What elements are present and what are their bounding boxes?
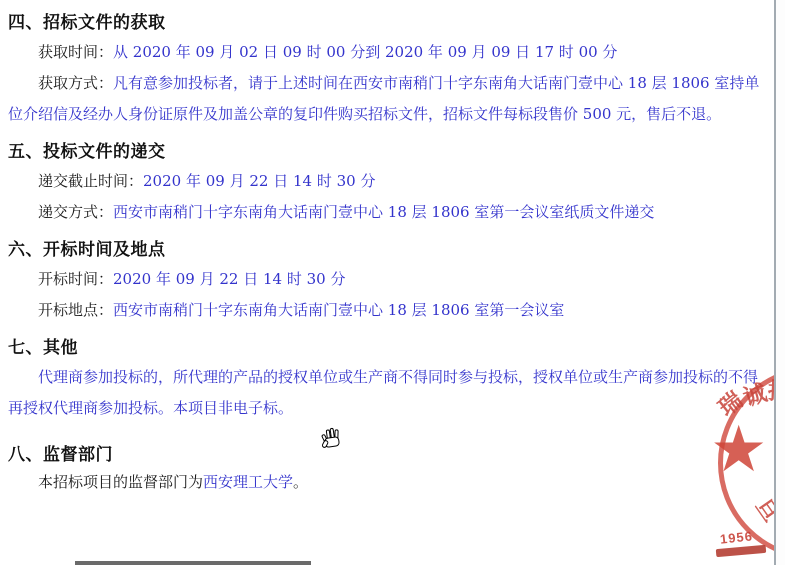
field-label: 递交方式： xyxy=(38,203,113,221)
field-value: 西安市南稍门十字东南角大话南门壹中心 18 层 1806 室第一会议室 xyxy=(113,301,564,319)
field-label: 获取时间： xyxy=(38,43,113,61)
seal-smudge xyxy=(716,545,767,557)
section-heading-5: 五、投标文件的递交 xyxy=(8,137,767,162)
page-edge-line xyxy=(774,0,776,565)
section-heading-4: 四、招标文件的获取 xyxy=(8,8,767,33)
seal-year: 1956 xyxy=(719,528,753,546)
supervisor-paragraph: 本招标项目的监督部门为西安理工大学。 xyxy=(8,467,767,498)
field-value: 西安市南稍门十字东南角大话南门壹中心 18 层 1806 室第一会议室纸质文件递… xyxy=(113,203,654,221)
field-label: 开标地点： xyxy=(38,301,113,319)
field-value: 2020 年 09 月 22 日 14 时 30 分 xyxy=(113,270,345,288)
paragraph-prefix: 本招标项目的监督部门为 xyxy=(38,473,203,491)
page-outside-background xyxy=(776,0,785,565)
field-label: 开标时间： xyxy=(38,270,113,288)
hand-cursor-icon xyxy=(321,427,344,452)
field-value: 凡有意参加投标者，请于上述时间在西安市南稍门十字东南角大话南门壹中心 18 层 … xyxy=(8,74,759,123)
paragraph-text: 代理商参加投标的，所代理的产品的授权单位或生产商不得同时参与投标，授权单位或生产… xyxy=(8,368,758,417)
document-page: 四、招标文件的获取 获取时间：从 2020 年 09 月 02 日 09 时 0… xyxy=(0,0,785,565)
supervisor-name: 西安理工大学 xyxy=(203,473,293,491)
section-heading-8: 八、监督部门 xyxy=(8,440,767,465)
field-label: 递交截止时间： xyxy=(38,172,143,190)
paragraph-suffix: 。 xyxy=(293,473,308,491)
field-obtain-time: 获取时间：从 2020 年 09 月 02 日 09 时 00 分到 2020 … xyxy=(8,37,767,68)
field-value: 2020 年 09 月 22 日 14 时 30 分 xyxy=(143,172,375,190)
field-submit-deadline: 递交截止时间：2020 年 09 月 22 日 14 时 30 分 xyxy=(8,166,767,197)
seal-arc-char: 招 xyxy=(767,373,774,407)
other-paragraph: 代理商参加投标的，所代理的产品的授权单位或生产商不得同时参与投标，授权单位或生产… xyxy=(8,362,767,424)
document-content: 四、招标文件的获取 获取时间：从 2020 年 09 月 02 日 09 时 0… xyxy=(8,2,767,498)
section-heading-6: 六、开标时间及地点 xyxy=(8,235,767,260)
section-heading-7: 七、其他 xyxy=(8,333,767,358)
partial-table-edge xyxy=(75,561,311,565)
field-label: 获取方式： xyxy=(38,74,113,92)
field-open-time: 开标时间：2020 年 09 月 22 日 14 时 30 分 xyxy=(8,264,767,295)
field-obtain-method: 获取方式：凡有意参加投标者，请于上述时间在西安市南稍门十字东南角大话南门壹中心 … xyxy=(8,68,767,130)
field-value: 从 2020 年 09 月 02 日 09 时 00 分到 2020 年 09 … xyxy=(113,43,617,61)
field-submit-method: 递交方式：西安市南稍门十字东南角大话南门壹中心 18 层 1806 室第一会议室… xyxy=(8,197,767,228)
field-open-place: 开标地点：西安市南稍门十字东南角大话南门壹中心 18 层 1806 室第一会议室 xyxy=(8,295,767,326)
